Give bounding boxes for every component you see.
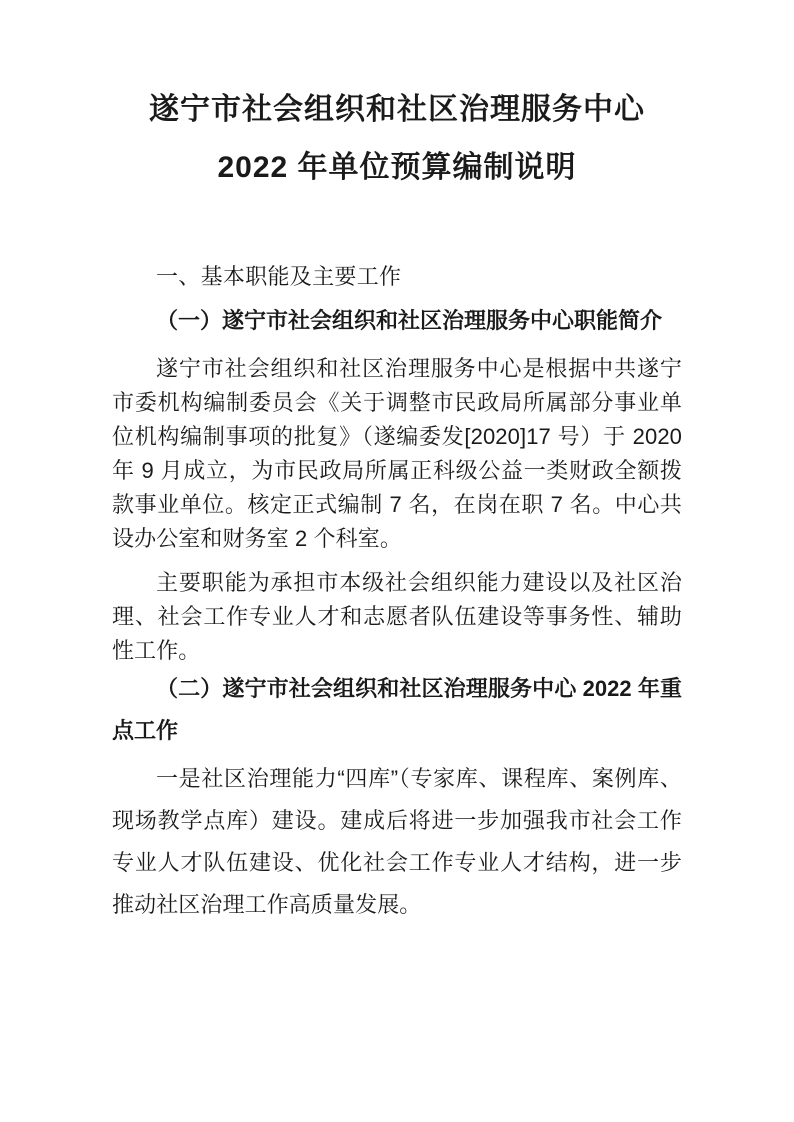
paragraph-center-overview: 遂宁市社会组织和社区治理服务中心是根据中共遂宁市委机构编制委员会《关于调整市民政… <box>112 352 682 556</box>
paragraph-key-work: 一是社区治理能力“四库”（专家库、课程库、案例库、现场教学点库）建设。建成后将进… <box>112 758 682 926</box>
paragraph-main-functions: 主要职能为承担市本级社会组织能力建设以及社区治理、社会工作专业人才和志愿者队伍建… <box>112 566 682 668</box>
document-page: 遂宁市社会组织和社区治理服务中心 2022 年单位预算编制说明 一、基本职能及主… <box>0 0 794 1122</box>
section-heading-basic-functions: 一、基本职能及主要工作 <box>112 260 682 294</box>
doc-title-line2: 2022 年单位预算编制说明 <box>112 150 682 186</box>
subsection-heading-2022-key-work: （二）遂宁市社会组织和社区治理服务中心 2022 年重点工作 <box>112 668 682 752</box>
doc-title-line1: 遂宁市社会组织和社区治理服务中心 <box>112 92 682 128</box>
subsection-heading-functions-intro: （一）遂宁市社会组织和社区治理服务中心职能简介 <box>112 304 682 338</box>
